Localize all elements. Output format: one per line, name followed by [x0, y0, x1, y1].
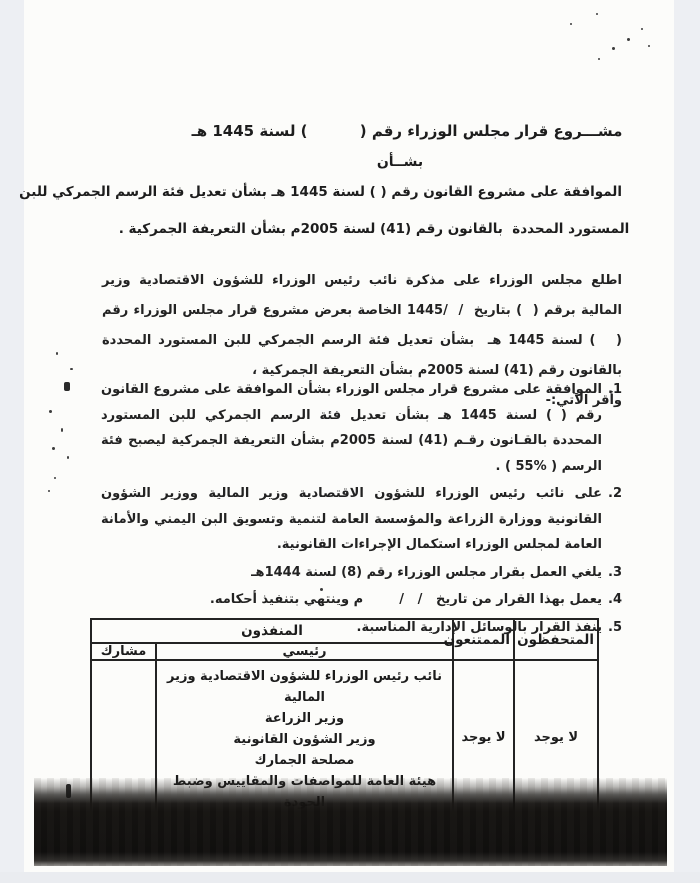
item-3-text: يلغي العمل بقرار مجلس الوزراء رقم (8) لس…	[251, 565, 602, 580]
item-2-text: على نائب رئيس الوزراء للشؤون الاقتصادية …	[101, 486, 602, 552]
header-participant: مشارك	[91, 643, 156, 660]
header-executors: المنفذون	[91, 619, 453, 643]
resolution-items-list: 1.الموافقة على مشروع قرار مجلس الوزراء ب…	[101, 377, 622, 642]
item-3-number: 3.	[608, 565, 622, 580]
header-withholders: المتحفظون	[514, 619, 598, 660]
title-line-subject-2: المستورد المحددة بالقانون رقم (41) لسنة …	[114, 218, 634, 240]
page-margin-right	[674, 0, 700, 883]
executor-entry: نائب رئيس الوزراء للشؤون الاقتصادية وزير…	[160, 666, 449, 708]
header-abstainers: الممتنعون	[453, 619, 514, 660]
scan-speckle	[320, 588, 323, 591]
preamble-text: اطلع مجلس الوزراء على مذكرة نائب رئيس ال…	[102, 273, 622, 378]
list-item-2: 2.على نائب رئيس الوزراء للشؤون الاقتصادي…	[101, 481, 622, 558]
scan-speckle	[570, 23, 572, 25]
document-title-block: مشـــروع قرار مجلس الوزراء رقم ( ) لسنة …	[102, 120, 622, 240]
item-4-text: يعمل بهذا القرار من تاريخ / / م وينتهي ب…	[210, 592, 602, 607]
scan-speckle	[56, 352, 58, 355]
scan-speckle	[648, 45, 650, 47]
item-4-number: 4.	[608, 592, 622, 607]
item-5-number: 5.	[608, 620, 622, 635]
item-1-text: الموافقة على مشروع قرار مجلس الوزراء بشأ…	[101, 382, 602, 474]
scan-speckle	[48, 490, 50, 492]
scan-speckle	[61, 428, 63, 432]
scan-speckle	[612, 47, 615, 50]
scan-speckle	[70, 368, 73, 370]
scan-speckle	[49, 410, 52, 413]
executor-entry: وزير الشؤون القانونية	[160, 729, 449, 750]
title-line-resolution-number: مشـــروع قرار مجلس الوزراء رقم ( ) لسنة …	[147, 120, 667, 142]
list-item-1: 1.الموافقة على مشروع قرار مجلس الوزراء ب…	[101, 377, 622, 479]
scan-speckle	[641, 28, 643, 30]
scan-shadow-band	[34, 778, 667, 866]
scan-speckle	[54, 477, 56, 479]
scan-speckle	[67, 456, 69, 459]
page-margin-bottom	[0, 872, 700, 883]
scan-speckle	[596, 13, 598, 15]
scan-speckle	[598, 58, 600, 60]
header-primary: رئيسي	[156, 643, 453, 660]
executor-entry: وزير الزراعة	[160, 708, 449, 729]
item-2-number: 2.	[608, 486, 622, 501]
item-1-number: 1.	[608, 382, 622, 397]
list-item-3: 3.يلغي العمل بقرار مجلس الوزراء رقم (8) …	[101, 560, 622, 586]
scan-ink-blob	[64, 382, 70, 391]
title-line-subject-1: الموافقة على مشروع القانون رقم ( ) لسنة …	[102, 181, 622, 203]
executor-entry: مصلحة الجمارك	[160, 750, 449, 771]
title-line-regarding: بشــأن	[140, 151, 660, 173]
scan-speckle	[52, 447, 55, 450]
scan-speckle	[627, 38, 630, 41]
document-paper: مشـــروع قرار مجلس الوزراء رقم ( ) لسنة …	[24, 0, 674, 872]
list-item-4: 4.يعمل بهذا القرار من تاريخ / / م وينتهي…	[101, 587, 622, 613]
scanned-page-background: مشـــروع قرار مجلس الوزراء رقم ( ) لسنة …	[0, 0, 700, 883]
